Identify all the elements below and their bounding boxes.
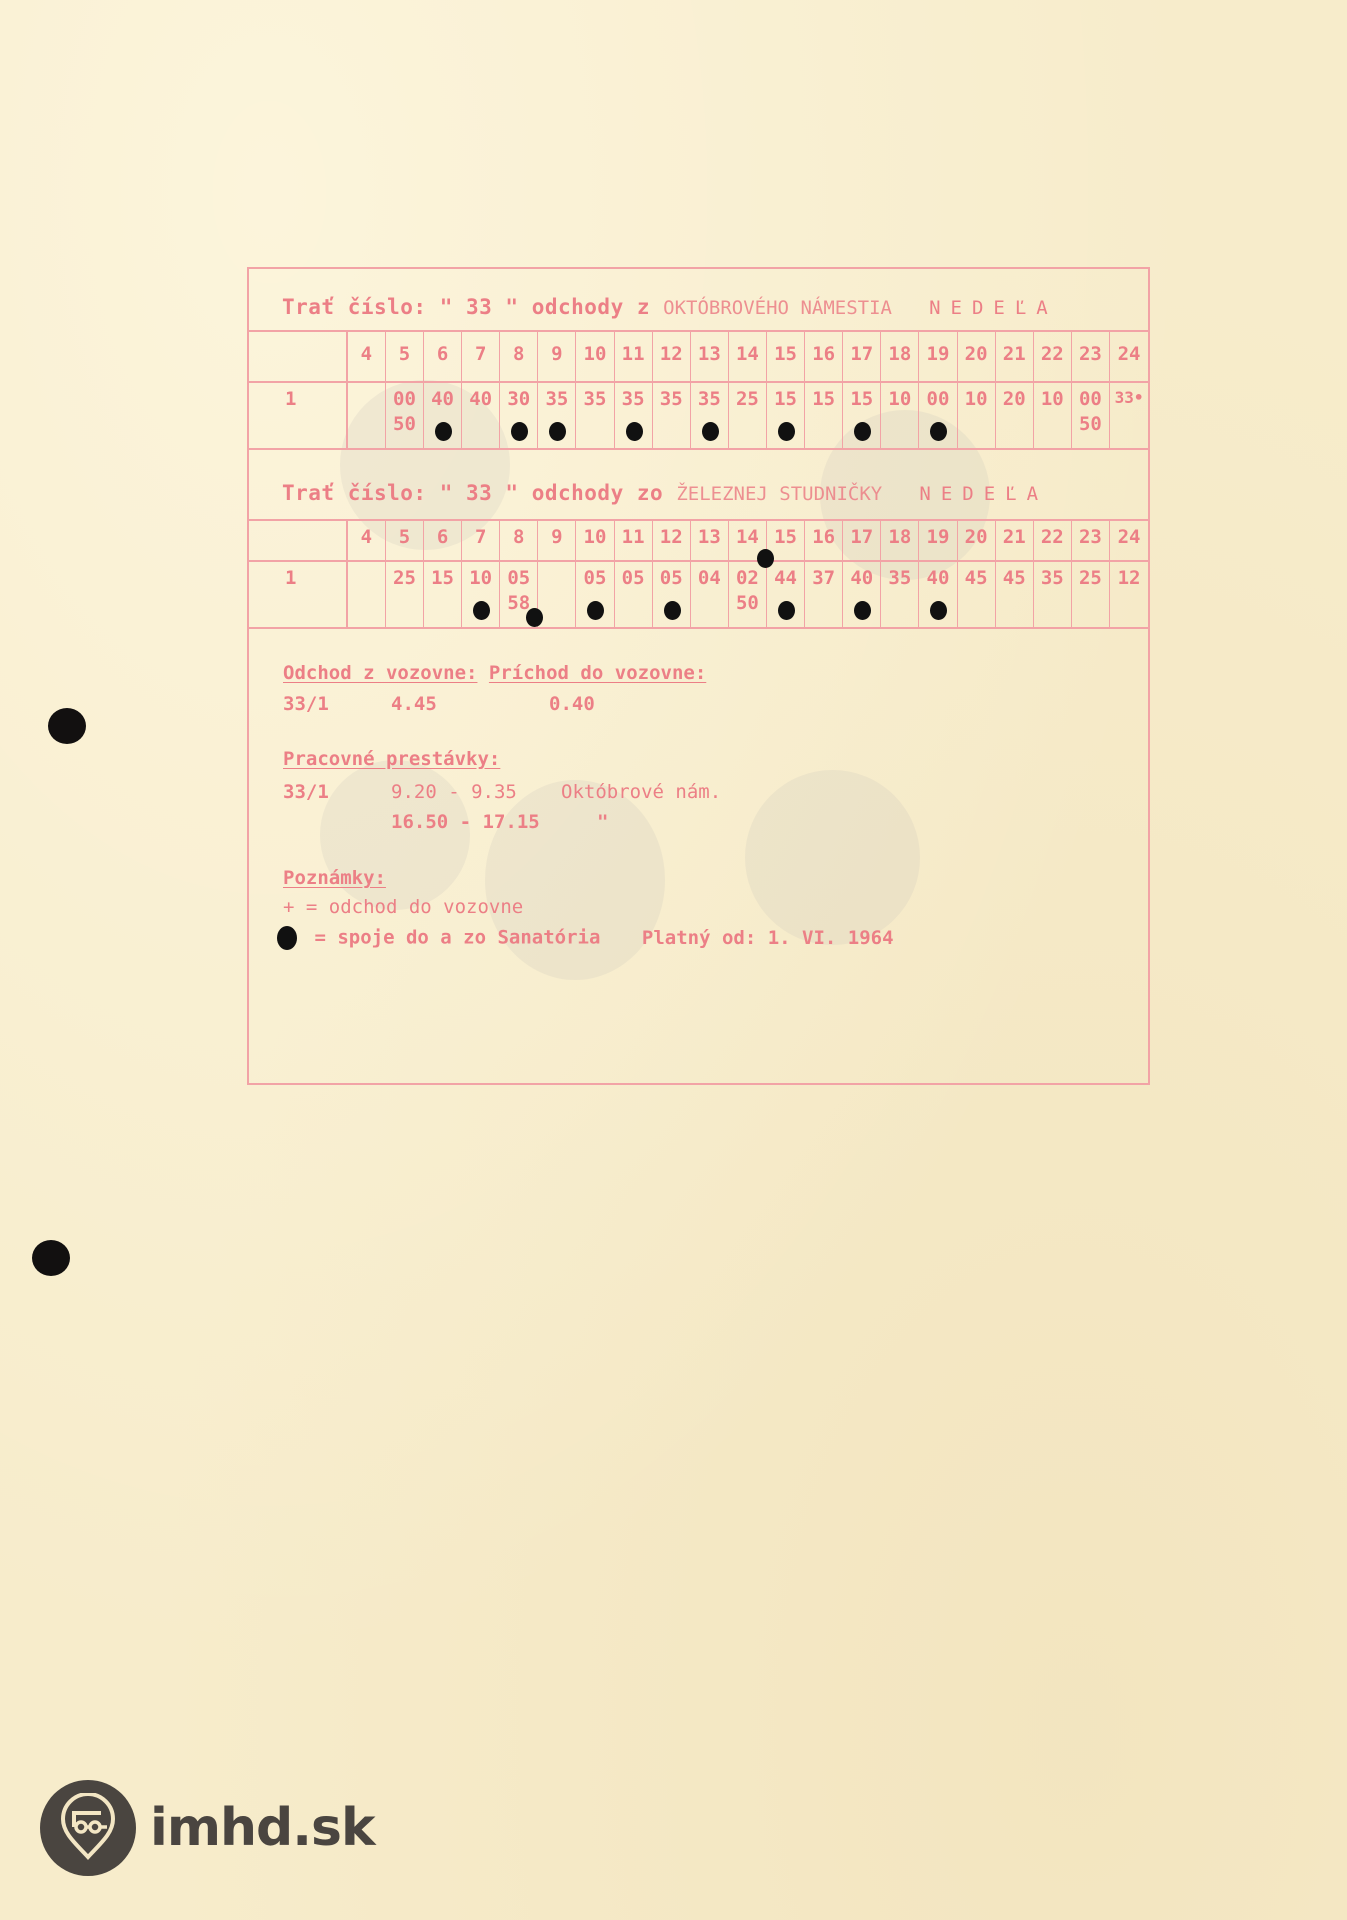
depot-labels: Odchod z vozovne: Príchod do vozovne:	[283, 662, 706, 684]
punch-hole-top	[48, 708, 86, 744]
minute-cell: 15	[767, 382, 805, 449]
imhd-logo[interactable]: imhd.sk	[40, 1780, 375, 1876]
minute-cell: 04	[691, 561, 729, 628]
hour-cell: 16	[805, 331, 843, 381]
minute-cell: 25	[386, 561, 424, 628]
timetable-2-minutes-row: 1251510055805050504025044374035404545352…	[249, 561, 1148, 628]
hour-cell: 6	[424, 331, 462, 381]
hour-cell: 6	[424, 520, 462, 560]
hour-cell: 12	[653, 331, 691, 381]
hour-cell: 23	[1072, 520, 1110, 560]
timetable-1-stop: OKTÓBROVÉHO NÁMESTIA	[663, 297, 892, 319]
row-label: 1	[249, 561, 348, 628]
sanatorium-marker-icon	[511, 422, 528, 441]
minute-cell: 35	[691, 382, 729, 449]
hour-cell: 7	[462, 520, 500, 560]
minute-cell: 35	[1034, 561, 1072, 628]
break-row-1: 33/19.20 - 9.35Októbrové nám.	[283, 781, 721, 803]
hour-cell: 24	[1110, 331, 1148, 381]
timetable-2-title: Trať číslo: " 33 " odchody zo ŽELEZNEJ S…	[282, 481, 1048, 505]
minute-cell: 10	[958, 382, 996, 449]
minute-cell: 35	[653, 382, 691, 449]
hour-cell: 10	[576, 331, 614, 381]
row-label-empty	[249, 520, 348, 560]
hour-cell: 17	[843, 520, 881, 560]
sanatorium-marker-icon	[435, 422, 452, 441]
minute-cell: 0050	[1072, 382, 1110, 449]
minute-cell: 35	[615, 382, 653, 449]
minute-cell: 0250	[729, 561, 767, 628]
minute-cell: 44	[767, 561, 805, 628]
hour-cell: 8	[500, 331, 538, 381]
hour-cell: 4	[348, 520, 386, 560]
row-label-empty	[249, 331, 348, 381]
timetable-2-day: NEDEĽA	[919, 483, 1048, 505]
hour-cell: 14	[729, 331, 767, 381]
sanatorium-marker-icon	[778, 422, 795, 441]
hour-cell: 22	[1034, 331, 1072, 381]
hour-cell: 7	[462, 331, 500, 381]
break-place: Októbrové nám.	[561, 781, 721, 803]
timetable-1-day: NEDEĽA	[929, 297, 1058, 319]
sanatorium-marker-icon	[702, 422, 719, 441]
breaks-run: 33/1	[283, 781, 391, 803]
depot-departure-label: Odchod z vozovne:	[283, 662, 477, 684]
hour-cell: 20	[958, 520, 996, 560]
hour-cell: 5	[386, 520, 424, 560]
sanatorium-marker-icon	[664, 601, 681, 620]
hour-cell: 20	[958, 331, 996, 381]
hour-cell: 9	[538, 520, 576, 560]
sanatorium-marker-icon	[854, 601, 871, 620]
minute-cell: 25	[729, 382, 767, 449]
minute-cell: 15	[805, 382, 843, 449]
note-item-1: + = odchod do vozovne	[283, 896, 523, 918]
timetable-1-title: Trať číslo: " 33 " odchody z OKTÓBROVÉHO…	[282, 295, 1058, 319]
depot-departure-time: 4.45	[391, 693, 549, 715]
minute-cell: 15	[843, 382, 881, 449]
bus-pin-icon	[40, 1780, 136, 1876]
minute-cell: 37	[805, 561, 843, 628]
hour-cell: 23	[1072, 331, 1110, 381]
minute-cell: 40	[424, 382, 462, 449]
minute-cell: 40	[843, 561, 881, 628]
minute-cell: 00	[919, 382, 957, 449]
hour-cell: 18	[881, 331, 919, 381]
punch-hole-bottom	[32, 1240, 70, 1276]
hour-cell: 5	[386, 331, 424, 381]
minute-cell: 45	[996, 561, 1034, 628]
hour-cell: 19	[919, 520, 957, 560]
hour-cell: 9	[538, 331, 576, 381]
hour-cell: 21	[996, 520, 1034, 560]
break-row-2: 16.50 - 17.15"	[283, 811, 608, 833]
break-time: 16.50 - 17.15	[391, 811, 597, 833]
minute-cell: 35	[881, 561, 919, 628]
depot-values: 33/14.450.40	[283, 693, 595, 715]
sanatorium-marker-icon	[930, 601, 947, 620]
break-time: 9.20 - 9.35	[391, 781, 561, 803]
minute-cell: 35	[576, 382, 614, 449]
break-place: "	[597, 811, 608, 833]
timetable-sheet: Trať číslo: " 33 " odchody z OKTÓBROVÉHO…	[247, 267, 1150, 1085]
breaks-label: Pracovné prestávky:	[283, 748, 500, 770]
timetable-2-grid: 456789101112131415161718192021222324 125…	[249, 520, 1148, 628]
sanatorium-marker-icon	[473, 601, 490, 620]
hour-cell: 16	[805, 520, 843, 560]
notes-label: Poznámky:	[283, 867, 386, 889]
sanatorium-marker-icon	[277, 926, 297, 950]
minute-cell: 05	[653, 561, 691, 628]
divider	[249, 627, 1148, 629]
minute-cell: 10	[881, 382, 919, 449]
valid-from: Platný od: 1. VI. 1964	[642, 927, 894, 949]
minute-cell: 0558	[500, 561, 538, 628]
hour-cell: 18	[881, 520, 919, 560]
hour-cell: 24	[1110, 520, 1148, 560]
minute-cell: 05	[615, 561, 653, 628]
timetable-2-stop: ŽELEZNEJ STUDNIČKY	[676, 483, 882, 505]
minute-cell	[538, 561, 576, 628]
timetable-1-minutes-row: 1005040403035353535352515151510001020100…	[249, 382, 1148, 449]
hour-cell: 15	[767, 331, 805, 381]
sanatorium-marker-icon	[549, 422, 566, 441]
minute-cell: 25	[1072, 561, 1110, 628]
timetable-1-grid: 456789101112131415161718192021222324 100…	[249, 331, 1148, 449]
minute-cell: 45	[958, 561, 996, 628]
divider	[249, 448, 1148, 450]
timetable-1-hours-row: 456789101112131415161718192021222324	[249, 331, 1148, 381]
minute-cell: 30	[500, 382, 538, 449]
minute-cell: 0050	[386, 382, 424, 449]
minute-cell: 12	[1110, 561, 1148, 628]
sanatorium-marker-icon	[626, 422, 643, 441]
hour-cell: 11	[615, 520, 653, 560]
minute-cell: 20	[996, 382, 1034, 449]
hour-cell: 22	[1034, 520, 1072, 560]
minute-cell: 40	[919, 561, 957, 628]
depot-run: 33/1	[283, 693, 391, 715]
note-text: = odchod do vozovne	[306, 896, 523, 918]
depot-arrival-time: 0.40	[549, 693, 595, 715]
hour-cell: 21	[996, 331, 1034, 381]
minute-cell: 10	[462, 561, 500, 628]
hour-cell: 11	[615, 331, 653, 381]
sanatorium-marker-icon	[930, 422, 947, 441]
hour-cell: 17	[843, 331, 881, 381]
hour-cell: 4	[348, 331, 386, 381]
logo-text: imhd.sk	[150, 1798, 375, 1858]
hour-cell: 8	[500, 520, 538, 560]
note-text: = spoje do a zo Sanatória	[314, 927, 600, 949]
minute-cell: 15	[424, 561, 462, 628]
minute-cell	[348, 561, 386, 628]
note-item-2: = spoje do a zo Sanatória Platný od: 1. …	[277, 926, 894, 950]
note-symbol: +	[283, 896, 294, 918]
timetable-2-hours-row: 456789101112131415161718192021222324	[249, 520, 1148, 560]
sanatorium-marker-icon	[587, 601, 604, 620]
minute-cell	[348, 382, 386, 449]
hour-cell: 19	[919, 331, 957, 381]
hour-cell: 13	[691, 331, 729, 381]
minute-cell: 40	[462, 382, 500, 449]
hour-cell: 10	[576, 520, 614, 560]
sanatorium-marker-icon	[854, 422, 871, 441]
depot-arrival-label: Príchod do vozovne:	[489, 662, 706, 684]
hour-cell: 13	[691, 520, 729, 560]
row-label: 1	[249, 382, 348, 449]
minute-cell: 10	[1034, 382, 1072, 449]
sanatorium-marker-icon	[778, 601, 795, 620]
minute-cell: 33•	[1110, 382, 1148, 449]
hour-cell: 12	[653, 520, 691, 560]
minute-cell: 35	[538, 382, 576, 449]
minute-cell: 05	[576, 561, 614, 628]
